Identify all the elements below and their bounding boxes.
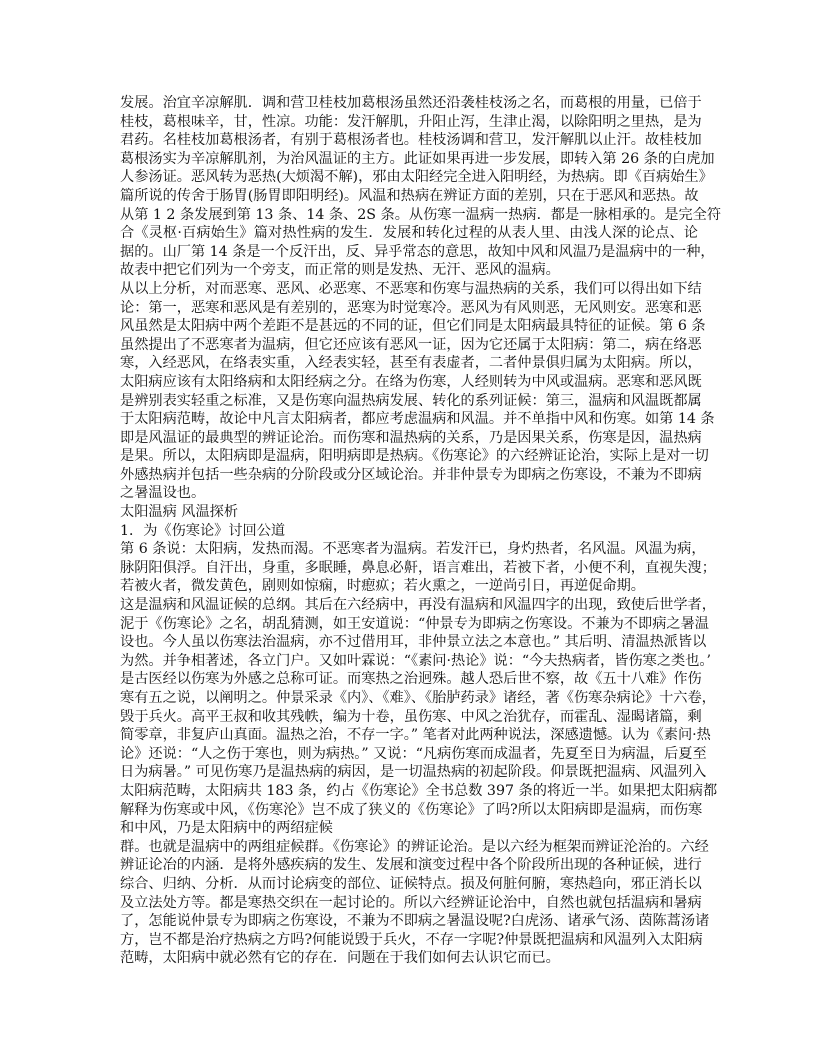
text-line: 外感热病并包括一些杂病的分阶段或分区域论治。并非仲景专为即病之伤寒设，不兼为不即… <box>120 466 698 485</box>
text-line: 方，岂不都是治疗热病之方吗?何能说毁于兵火，不存一字呢?仲景既把温病和风温列入太… <box>120 931 698 950</box>
text-line: 这是温病和风温证候的总纲。其后在六经病中，再没有温病和风温四字的出现，致使后世学… <box>120 596 698 615</box>
text-line: 范畴，太阳病中就必然有它的存在．问题在于我们如何去认识它而已。 <box>120 949 698 968</box>
text-line: 简零章，非复庐山真面。温热之治，不存一字。” 笔者对此两种说法，深感遗憾。认为《… <box>120 726 698 745</box>
section-heading: 太阳温病 风温探析 <box>120 503 698 522</box>
text-line: 辨证论冶的内涵．是将外感疾病的发生、发展和演变过程中各个阶段所出现的各种证候，进… <box>120 856 698 875</box>
document-page: 发展。治宜辛凉解肌．调和营卫桂枝加葛根汤虽然还沿袭桂枝汤之名，而葛根的用量，已倍… <box>120 94 698 968</box>
text-line: 解释为伤寒或中风，《伤寒沦》岂不成了狭义的《伤寒论》了吗?所以太阳病即是温病，而… <box>120 801 698 820</box>
text-line: 为然。并争相著述，各立门户。又如叶霖说：“《素问·热论》说：“今夫热病者，皆伤寒… <box>120 652 698 671</box>
text-line: 篇所说的传舍于肠胃(肠胃即阳明经)。风温和热病在辨证方面的差别，只在于恶风和恶热… <box>120 187 698 206</box>
text-line: 第 6 条说：太阳病，发热而渴。不恶寒者为温病。若发汗已，身灼热者，名风温。风温… <box>120 540 698 559</box>
text-line: 泥于《伤寒论》之名，胡乱猜测，如王安道说：“仲景专为即病之伤寒设。不兼为不即病之… <box>120 615 698 634</box>
text-line: 是辨别表实轻重之标准，又是伤寒向温热病发展、转化的系列证候：第三，温病和风温既都… <box>120 392 698 411</box>
paragraph-article-6: 第 6 条说：太阳病，发热而渴。不恶寒者为温病。若发汗已，身灼热者，名风温。风温… <box>120 540 698 596</box>
text-line: 从第 1 2 条发展到第 13 条、14 条、2S 条。从伤寒一温病一热病．都是… <box>120 206 698 225</box>
text-line: 虽然提出了不恶寒者为温病，但它还应该有恶风一证，因为它还属于太阳病：第二，病在络… <box>120 336 698 355</box>
text-line: 群。也就是温病中的两组症候群。《伤寒论》的辨证论治。是以六经为框架而辨证沦治的。… <box>120 838 698 857</box>
text-line: 毁于兵火。高平王叔和收其残帙，编为十卷，虽伤寒、中风之治犹存，而霍乱、湿暍诸篇，… <box>120 708 698 727</box>
paragraph-analysis: 从以上分析，对而恶寒、恶风、必恶寒、不恶寒和伤寒与温热病的关系，我们可以得出如下… <box>120 280 698 503</box>
text-line: 于太阳病范畴，故论中凡言太阳病者，都应考虑温病和风温。并不单指中风和伤寒。如第 … <box>120 410 698 429</box>
text-line: 葛根汤实为辛凉解肌剂，为治风温证的主方。此证如果再进一步发展，即转入第 26 条… <box>120 150 698 169</box>
text-line: 风虽然是太阳病中两个差距不是甚远的不同的证，但它们同是太阳病最具特征的证候。第 … <box>120 317 698 336</box>
text-line: 人参汤证。恶风转为恶热(大烦渴不解)，邪由太阳经完全进入阳明经，为热病。即《百病… <box>120 168 698 187</box>
text-line: 即是风温证的最典型的辨证论治。而伤寒和温热病的关系，乃是因果关系，伤寒是因，温热… <box>120 429 698 448</box>
text-line: 君药。名桂枝加葛根汤者，有别于葛根汤者也。桂枝汤调和营卫，发汗解肌以止汗。故桂枝… <box>120 131 698 150</box>
text-line: 是果。所以，太阳病即是温病，阳明病即是热病。《伤寒论》的六经辨证论治，实际上是对… <box>120 447 698 466</box>
text-line: 是古医经以伤寒为外感之总称可证。而寒热之治迥殊。越人恐后世不察，故《五十八难》作… <box>120 670 698 689</box>
text-line: 综合、归纳、分析．从而讨论病变的部位、证候特点。损及何脏何腑，寒热趋向，邪正消长… <box>120 875 698 894</box>
paragraph-six-meridians: 群。也就是温病中的两组症候群。《伤寒论》的辨证论治。是以六经为框架而辨证沦治的。… <box>120 838 698 968</box>
text-line: 若被火者，微发黄色，剧则如惊痫，时瘛疭；若火熏之，一逆尚引日，再逆促命期。 <box>120 577 698 596</box>
subsection-heading: 1．为《伤寒论》讨回公道 <box>120 522 698 541</box>
text-line: 故表中把它们列为一个旁支，而正常的则是发热、无汗、恶风的温病。 <box>120 261 698 280</box>
text-line: 太阳病范畴，太阳病共 183 条，约占《伤寒论》全书总数 397 条的将近一半。… <box>120 782 698 801</box>
text-line: 发展。治宜辛凉解肌．调和营卫桂枝加葛根汤虽然还沿袭桂枝汤之名，而葛根的用量，已倍… <box>120 94 698 113</box>
paragraph-outline: 这是温病和风温证候的总纲。其后在六经病中，再没有温病和风温四字的出现，致使后世学… <box>120 596 698 838</box>
text-line: 了，怎能说仲景专为即病之伤寒设，不兼为不即病之暑温设呢?白虎汤、诸承气汤、茵陈蒿… <box>120 912 698 931</box>
text-line: 之暑温设也。 <box>120 484 698 503</box>
text-line: 及立法处方等。都是寒热交织在一起讨论的。所以六经辨证论治中，自然也就包括温病和暑… <box>120 894 698 913</box>
text-line: 寒，入经恶风，在络表实重，入经表实轻，甚至有表虚者，二者仲景俱归属为太阳病。所以… <box>120 354 698 373</box>
text-line: 和中风，乃是太阳病中的两绍症候 <box>120 819 698 838</box>
text-line: 日为病暑。” 可见伤寒乃是温热病的病因，是一切温热病的初起阶段。仰景既把温病、风… <box>120 763 698 782</box>
text-line: 从以上分析，对而恶寒、恶风、必恶寒、不恶寒和伤寒与温热病的关系，我们可以得出如下… <box>120 280 698 299</box>
text-line: 脉阴阳俱浮。自汗出，身重，多眠睡，鼻息必鼾，语言难出，若被下者，小便不利，直视失… <box>120 559 698 578</box>
text-line: 据的。山厂第 14 条是一个反汗出，反、异乎常态的意思，故知中风和风温乃是温病中… <box>120 243 698 262</box>
text-line: 设也。今人虽以伤寒法治温病，亦不过借用耳，非仲景立法之本意也。” 其后明、清温热… <box>120 633 698 652</box>
paragraph-gegen-decoction: 发展。治宜辛凉解肌．调和营卫桂枝加葛根汤虽然还沿袭桂枝汤之名，而葛根的用量，已倍… <box>120 94 698 280</box>
text-line: 论》还说：“人之伤于寒也，则为病热。” 又说：“凡病伤寒而成温者，先夏至日为病温… <box>120 745 698 764</box>
text-line: 1．为《伤寒论》讨回公道 <box>120 522 698 541</box>
text-line: 寒有五之说，以阐明之。仲景采录《内》、《难》、《胎胪药录》诸经，著《伤寒杂病论》… <box>120 689 698 708</box>
text-line: 桂枝，葛根味辛，甘，性凉。功能：发汗解肌，升阳止泻，生津止渴，以除阳明之里热，是… <box>120 113 698 132</box>
text-line: 合《灵枢·百病始生》篇对热性病的发生．发展和转化过程的从表人里、由浅人深的论点、… <box>120 224 698 243</box>
text-line: 论：第一，恶寒和恶风是有差别的，恶寒为时觉寒冷。恶风为有风则恶，无风则安。恶寒和… <box>120 299 698 318</box>
text-line: 太阳温病 风温探析 <box>120 503 698 522</box>
text-line: 太阳病应该有太阳络病和太阳经病之分。在络为伤寒，人经则转为中风或温病。恶寒和恶风… <box>120 373 698 392</box>
